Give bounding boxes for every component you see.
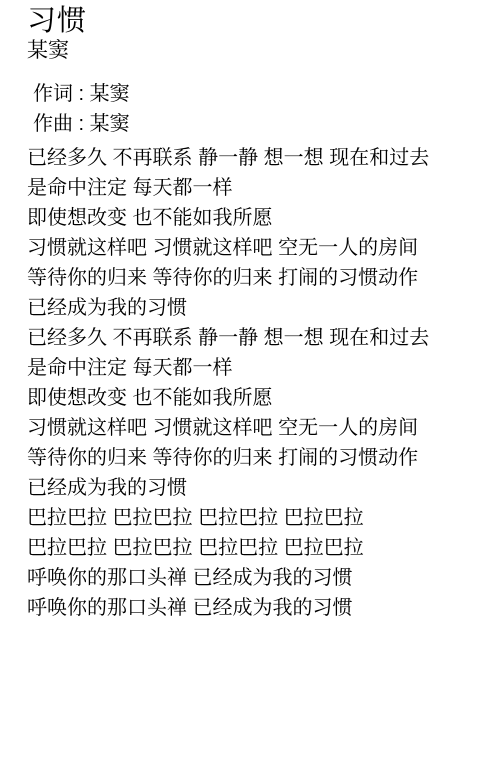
lyric-line: 巴拉巴拉 巴拉巴拉 巴拉巴拉 巴拉巴拉 <box>27 503 480 533</box>
lyric-line: 已经成为我的习惯 <box>27 293 480 323</box>
lyric-line: 已经多久 不再联系 静一静 想一想 现在和过去 <box>27 143 480 173</box>
lyric-line: 已经多久 不再联系 静一静 想一想 现在和过去 <box>27 323 480 353</box>
lyric-line: 是命中注定 每天都一样 <box>27 173 480 203</box>
lyric-line: 等待你的归来 等待你的归来 打闹的习惯动作 <box>27 443 480 473</box>
lyrics-page: 习惯 某窦 作词 : 某窦 作曲 : 某窦 已经多久 不再联系 静一静 想一想 … <box>0 0 500 623</box>
lyric-line: 习惯就这样吧 习惯就这样吧 空无一人的房间 <box>27 233 480 263</box>
lyric-line: 巴拉巴拉 巴拉巴拉 巴拉巴拉 巴拉巴拉 <box>27 533 480 563</box>
credits-section: 作词 : 某窦 作曲 : 某窦 <box>27 79 480 139</box>
lyric-line: 是命中注定 每天都一样 <box>27 353 480 383</box>
lyric-line: 呼唤你的那口头禅 已经成为我的习惯 <box>27 563 480 593</box>
lyric-line: 习惯就这样吧 习惯就这样吧 空无一人的房间 <box>27 413 480 443</box>
lyrics-section: 已经多久 不再联系 静一静 想一想 现在和过去 是命中注定 每天都一样 即使想改… <box>27 143 480 623</box>
lyric-line: 已经成为我的习惯 <box>27 473 480 503</box>
lyric-line: 即使想改变 也不能如我所愿 <box>27 203 480 233</box>
page-title: 习惯 <box>27 4 480 38</box>
credit-lyricist: 作词 : 某窦 <box>27 79 480 109</box>
credit-composer: 作曲 : 某窦 <box>27 109 480 139</box>
lyric-line: 等待你的归来 等待你的归来 打闹的习惯动作 <box>27 263 480 293</box>
lyric-line: 呼唤你的那口头禅 已经成为我的习惯 <box>27 593 480 623</box>
lyric-line: 即使想改变 也不能如我所愿 <box>27 383 480 413</box>
artist-name: 某窦 <box>27 38 480 64</box>
